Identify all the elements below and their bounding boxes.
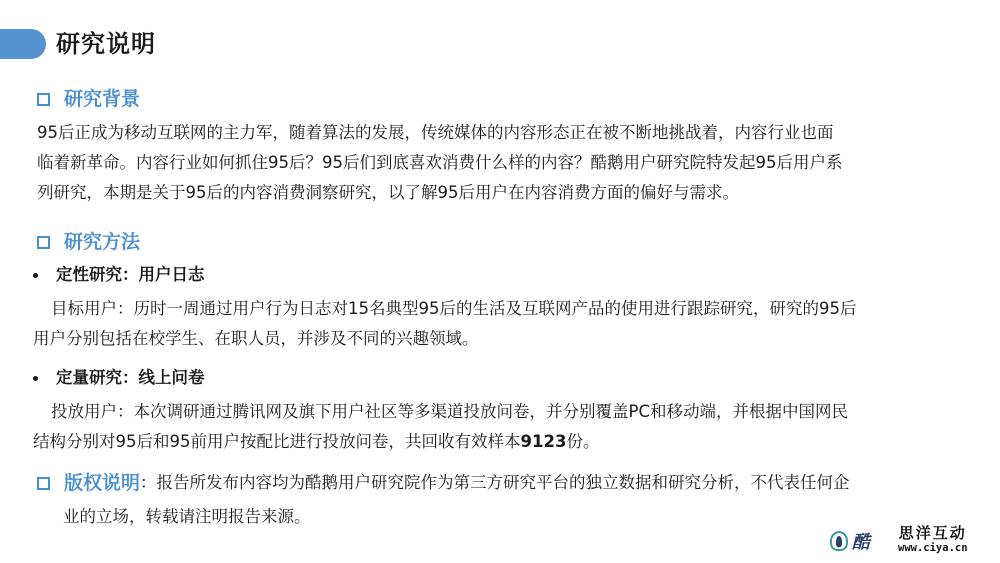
page-title: 研究说明 xyxy=(56,27,156,61)
copyright-line2: 业的立场，转载请注明报告来源。 xyxy=(63,502,311,532)
quantitative-paragraph: 投放用户：本次调研通过腾讯网及旗下用户社区等多渠道投放问卷，并分别覆盖PC和移动… xyxy=(33,397,848,457)
quantitative-line2: 结构分别对95后和95前用户按配比进行投放问卷，共回收有效样本9123份。 xyxy=(33,427,848,457)
copyright-statement: 版权说明 ：报告所发布内容均为酷鹅用户研究院作为第三方研究平台的独立数据和研究分… xyxy=(37,470,850,496)
qualitative-paragraph: 目标用户：历时一周通过用户行为日志对15名典型95后的生活及互联网产品的使用进行… xyxy=(33,294,857,354)
square-bullet-icon xyxy=(37,236,50,249)
square-bullet-icon xyxy=(37,93,50,106)
title-accent-bar xyxy=(0,29,46,59)
background-paragraph: 95后正成为移动互联网的主力军，随着算法的发展，传统媒体的内容形态正在被不断地挑… xyxy=(37,118,843,208)
section-heading-method: 研究方法 xyxy=(37,229,140,255)
bullet-dot-icon xyxy=(33,273,38,278)
brand-logo: 酷 xyxy=(830,528,870,554)
watermark: 思洋互动 www.ciya.cn xyxy=(898,525,968,554)
section-heading-background: 研究背景 xyxy=(37,86,140,112)
square-bullet-icon xyxy=(37,477,50,490)
quantitative-title: 定量研究：线上问卷 xyxy=(33,365,205,391)
qualitative-title: 定性研究：用户日志 xyxy=(33,262,205,288)
sample-count: 9123 xyxy=(521,432,567,451)
penguin-logo-icon xyxy=(830,531,848,551)
bullet-dot-icon xyxy=(33,376,38,381)
